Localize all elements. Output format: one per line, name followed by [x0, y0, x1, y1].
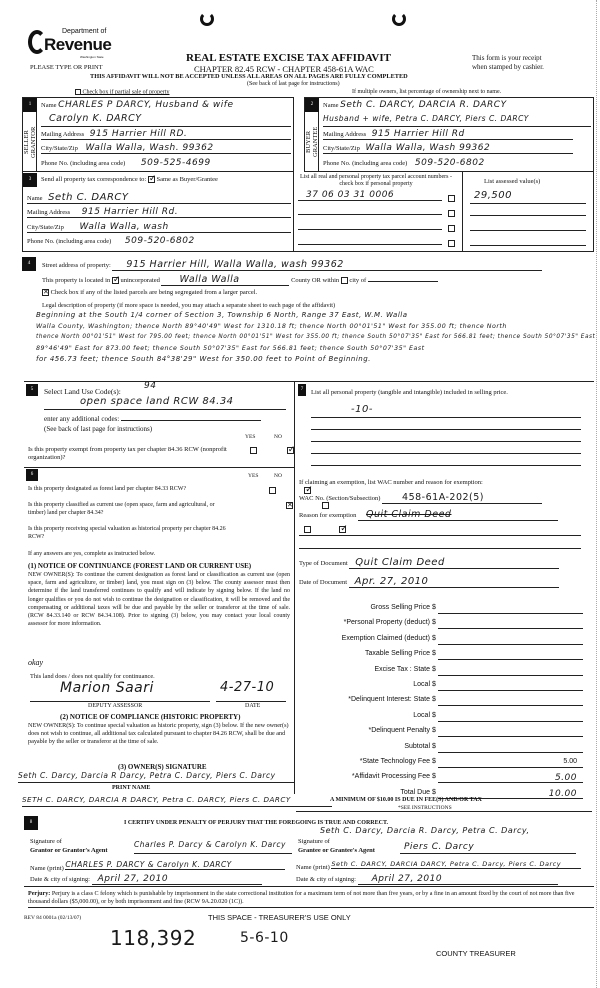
minimum-fee-note: A MINIMUM OF $10.00 IS DUE IN FEE(S) AND… [330, 797, 482, 803]
no-header: NO [274, 434, 282, 440]
exempt-no-checkbox[interactable] [287, 447, 294, 454]
assessed-value[interactable] [470, 206, 586, 216]
grantee-signature-top[interactable]: Seth C. Darcy, Darcia R. Darcy, Petra C.… [320, 826, 530, 835]
yes-header: YES [248, 473, 258, 479]
corr-phone-field[interactable]: Phone No. (including area code) 509-520-… [27, 236, 291, 246]
parcel-row[interactable] [298, 235, 458, 247]
dollar-sign: $ [432, 681, 436, 688]
grantor-name-row: Name (print) CHARLES P. DARCY & Carolyn … [30, 860, 285, 872]
city-of-label: city of [349, 277, 366, 284]
buyer-grantee-label: BUYER GRANTEE [305, 118, 319, 166]
fee-value[interactable] [438, 650, 583, 660]
buyer-name-value: Seth C. DARCY, DARCIA R. DARCY [340, 100, 506, 110]
personal-property-checkbox[interactable] [448, 225, 455, 232]
corr-phone-value: 509-520-6802 [113, 236, 195, 246]
corr-address-field[interactable]: Mailing Address 915 Harrier Hill Rd. [27, 207, 291, 218]
legal-line: 89°46'49" East for 873.00 feet; thence S… [36, 343, 596, 354]
fee-label: Exemption Claimed (deduct) [342, 635, 430, 642]
section-number: 4 [22, 257, 36, 271]
additional-codes-row: enter any additional codes: [44, 413, 261, 423]
logo-sub: Washington State [80, 55, 104, 59]
additional-codes-label: enter any additional codes: [44, 415, 119, 423]
corr-city-label: City/State/Zip [27, 224, 64, 231]
reason-line-3[interactable] [299, 543, 581, 549]
buyer-section: 2 BUYER GRANTEE Name Seth C. DARCY, DARC… [304, 97, 594, 172]
fee-value[interactable] [438, 604, 583, 614]
seller-city-value: Walla Walla, Wash. 99362 [79, 143, 213, 153]
punch-hole [392, 12, 406, 26]
fee-label: Excise Tax : State [374, 666, 430, 673]
land-use-description[interactable]: open space land RCW 84.34 [44, 396, 286, 410]
parcel-number[interactable] [298, 235, 442, 245]
receipt-date: 5-6-10 [240, 930, 289, 946]
personal-property-checkbox[interactable] [448, 240, 455, 247]
fee-value[interactable] [438, 681, 583, 691]
owner-signature[interactable]: Seth C. Darcy, Darcia R Darcy, Petra C. … [18, 771, 294, 783]
partial-sale-checkbox[interactable] [75, 89, 81, 95]
fee-note-rule [296, 806, 592, 812]
fee-label: *Delinquent Interest: State [348, 696, 430, 703]
compliance-title: (2) NOTICE OF COMPLIANCE (HISTORIC PROPE… [60, 713, 240, 721]
personal-property-line[interactable] [311, 436, 581, 442]
instructions-note: (See back of last page for instructions) [247, 81, 340, 87]
perjury-rule [24, 886, 594, 887]
assessor-date[interactable]: 4-27-10 [216, 680, 286, 702]
doc-type-value[interactable]: Quit Claim Deed [349, 557, 559, 569]
unincorporated-checkbox[interactable] [112, 277, 119, 284]
compliance-text: NEW OWNER(S): To continue special valuat… [28, 722, 290, 747]
buyer-address-label: Mailing Address [323, 131, 366, 138]
personal-property-line[interactable] [311, 448, 581, 454]
okay-note: okay [28, 658, 43, 667]
legal-line: for 456.73 feet; thence South 84°38'29" … [36, 354, 596, 365]
grantee-date-row: Date & city of signing: April 27, 2010 [296, 874, 558, 885]
parcels-divider [462, 172, 463, 252]
multiple-owners-note: If multiple owners, list percentage of o… [352, 89, 501, 95]
personal-property-checkbox[interactable] [448, 195, 455, 202]
assessed-value[interactable]: 29,500 [470, 190, 586, 204]
dollar-sign: $ [432, 696, 436, 703]
section-number: 1 [23, 98, 37, 112]
segregated-label: Check box if any of the listed parcels a… [51, 289, 258, 296]
continuance-title: (1) NOTICE OF CONTINUANCE (FOREST LAND O… [28, 562, 251, 570]
date-label: DATE [245, 703, 260, 709]
grantor-signature[interactable]: Charles P. Darcy & Carolyn K. Darcy [134, 840, 292, 854]
grantee-name-row: Name (print) Seth C. DARCY, DARCIA DARCY… [296, 860, 581, 871]
fee-label: *State Technology Fee [360, 758, 430, 765]
dollar-sign: $ [432, 666, 436, 673]
see-back-note: (See back of last page for instructions) [44, 425, 152, 433]
fee-label: Subtotal [404, 743, 430, 750]
buyer-phone-field[interactable]: Phone No. (including area code) 509-520-… [323, 158, 573, 168]
county-or-label: County OR within [291, 277, 339, 284]
exempt-yes-checkbox[interactable] [250, 447, 257, 454]
fee-row: Taxable Selling Price$ [300, 650, 590, 662]
segregated-checkbox[interactable] [42, 289, 49, 296]
doc-type-label: Type of Document [299, 560, 348, 567]
corr-address-value: 915 Harrier Hill Rd. [72, 207, 178, 217]
street-address-field[interactable]: Street address of property: 915 Harrier … [42, 259, 592, 271]
grantor-date-row: Date & city of signing: April 27, 2010 [30, 874, 262, 885]
fee-label: *Affidavit Processing Fee [352, 773, 430, 780]
legal-line: thence North 00°01'51" West for 795.00 f… [36, 332, 596, 343]
land-use-label: Select Land Use Code(s): [44, 387, 121, 396]
fee-label: Gross Selling Price [370, 604, 430, 611]
receipt-note: This form is your receipt [472, 54, 542, 62]
buyer-name-label: Name [323, 102, 339, 109]
doc-date-value[interactable]: Apr. 27, 2010 [349, 576, 559, 588]
section-number: 8 [24, 816, 38, 830]
wac-value[interactable]: 458-61A-202(5) [382, 492, 542, 504]
personal-property-line[interactable] [311, 460, 581, 466]
fee-label: Local [413, 681, 430, 688]
dollar-sign: $ [432, 789, 436, 796]
page-edge [596, 0, 597, 988]
personal-property-checkbox[interactable] [448, 210, 455, 217]
grantee-name-label: Name (print) [296, 864, 330, 871]
section-6-rule [24, 467, 294, 468]
dollar-sign: $ [432, 743, 436, 750]
print-name-label: PRINT NAME [112, 785, 150, 791]
fee-label: Total Due [400, 789, 430, 796]
fee-row: Local$ [300, 712, 590, 724]
personal-property-label: List all personal property (tangible and… [311, 387, 591, 398]
corr-city-value: Walla Walla, wash [65, 222, 168, 232]
dollar-sign: $ [432, 619, 436, 626]
seller-grantor-label: SELLER GRANTOR [23, 118, 37, 166]
treasurer-use-label: THIS SPACE - TREASURER'S USE ONLY [208, 913, 351, 922]
fee-value[interactable] [438, 666, 583, 676]
doc-type-row: Type of Document Quit Claim Deed [299, 557, 559, 569]
correspondence-same-as[interactable]: Send all property tax correspondence to:… [41, 176, 218, 183]
grantor-name-value[interactable]: CHARLES P. DARCY & Carolyn K. DARCY [65, 860, 285, 870]
corr-address-label: Mailing Address [27, 209, 70, 216]
grantor-name-label: Name (print) [30, 865, 64, 872]
parcels-section: List all real and personal property tax … [294, 172, 594, 252]
assessor-signature[interactable]: Marion Saari [30, 680, 210, 702]
dollar-sign: $ [432, 712, 436, 719]
parcel-number[interactable] [298, 220, 442, 230]
dollar-sign: $ [432, 727, 436, 734]
location-row: This property is located in unincorporat… [42, 274, 592, 286]
fee-row: *Delinquent Penalty$ [300, 727, 590, 739]
yes-header: YES [245, 434, 255, 440]
seller-name2-field[interactable]: Carolyn K. DARCY [41, 113, 291, 127]
corr-name-field[interactable]: Name Seth C. DARCY [27, 192, 291, 204]
located-in-label: This property is located in [42, 277, 110, 284]
seller-city-field[interactable]: City/State/Zip Walla Walla, Wash. 99362 [41, 143, 291, 154]
partial-sale-label: Check box if partial sale of property [83, 89, 170, 95]
fee-value[interactable]: 5.00 [438, 773, 583, 783]
fee-row: Gross Selling Price$ [300, 604, 590, 616]
legal-description-label: Legal description of property (if more s… [42, 302, 335, 309]
seller-section: 1 SELLER GRANTOR Name CHARLES P DARCY, H… [22, 97, 294, 172]
seller-address-field[interactable]: Mailing Address 915 Harrier Hill RD. [41, 129, 291, 140]
correspondence-section: 3 Send all property tax correspondence t… [22, 172, 294, 252]
county-value[interactable]: Walla Walla [161, 274, 289, 286]
owner-print-name[interactable]: SETH C. DARCY, DARCIA R DARCY, Petra C. … [22, 795, 332, 807]
city-of-field[interactable] [368, 274, 438, 282]
grantee-date-label: Date & city of signing: [296, 876, 356, 883]
buyer-phone-value: 509-520-6802 [409, 158, 485, 168]
wac-label: WAC No. (Section/Subsection) [299, 495, 380, 502]
buyer-city-field[interactable]: City/State/Zip Walla Walla, Wash 99362 [323, 143, 573, 154]
reason-row: Reason for exemption Quit Claim Deed [299, 509, 558, 521]
fee-label: Local [413, 712, 430, 719]
grantor-sig-label-2: Grantor or Grantor's Agent [30, 847, 108, 854]
dollar-sign: $ [432, 758, 436, 765]
additional-codes-field[interactable] [121, 413, 261, 421]
section-number: 6 [26, 469, 38, 481]
section-top-rule [24, 381, 594, 382]
correspondence-label: Send all property tax correspondence to: [41, 176, 146, 183]
same-as-buyer-label: Same as Buyer/Grantee [156, 176, 217, 183]
section-number: 2 [305, 98, 319, 112]
grantee-date-value[interactable]: April 27, 2010 [358, 874, 558, 885]
assessed-value[interactable] [470, 221, 586, 231]
county-treasurer-label: COUNTY TREASURER [436, 949, 516, 958]
form-revision: REV 84 0001a (02/13/07) [24, 915, 81, 921]
corr-city-field[interactable]: City/State/Zip Walla Walla, wash [27, 222, 291, 233]
forest-yes-checkbox[interactable] [269, 487, 276, 494]
fee-row: *Personal Property (deduct)$ [300, 619, 590, 631]
logo-main: Revenue [44, 35, 111, 55]
land-use-code[interactable]: 94 [144, 381, 156, 391]
dollar-sign: $ [432, 773, 436, 780]
owner-signature-title: (3) OWNER(S) SIGNATURE [118, 763, 207, 771]
current-use-yes-checkbox[interactable] [286, 502, 293, 509]
fee-row: Excise Tax : State$ [300, 666, 590, 678]
parcel-number[interactable]: 37 06 03 31 0006 [298, 190, 442, 201]
exempt-question: Is this property exempt from property ta… [28, 446, 228, 462]
seller-name-label: Name [41, 102, 57, 109]
reason-value[interactable]: Quit Claim Deed [358, 509, 558, 521]
seller-phone-value: 509-525-4699 [127, 158, 211, 168]
seller-name-value: CHARLES P DARCY, Husband & wife [58, 100, 233, 110]
seller-address-value: 915 Harrier Hill RD. [86, 129, 188, 139]
reason-label: Reason for exemption [299, 512, 356, 519]
buyer-city-label: City/State/Zip [323, 145, 360, 152]
no-header: NO [274, 473, 282, 479]
buyer-phone-label: Phone No. (including area code) [323, 160, 407, 167]
receipt-number: 118,392 [110, 926, 196, 950]
personal-property-line[interactable] [311, 424, 581, 430]
current-use-question: Is this property classified as current u… [28, 501, 233, 517]
city-checkbox[interactable] [341, 277, 348, 284]
seller-name-field[interactable]: Name CHARLES P DARCY, Husband & wife [41, 100, 291, 110]
section-number: 7 [298, 384, 306, 396]
form-title: REAL ESTATE EXCISE TAX AFFIDAVIT [186, 52, 391, 64]
section-number: 3 [23, 173, 37, 187]
same-as-buyer-checkbox[interactable] [148, 176, 155, 183]
seller-city-label: City/State/Zip [41, 145, 78, 152]
fee-row: Local$ [300, 681, 590, 693]
buyer-address-field[interactable]: Mailing Address 915 Harrier Hill Rd [323, 129, 573, 140]
street-address-label: Street address of property: [42, 262, 111, 269]
dollar-sign: $ [432, 635, 436, 642]
segregated-row[interactable]: Check box if any of the listed parcels a… [42, 289, 257, 296]
forest-land-question: Is this property designated as forest la… [28, 486, 243, 492]
street-address-value: 915 Harrier Hill, Walla Walla, wash 9936… [112, 259, 542, 271]
parcel-number[interactable] [298, 205, 442, 215]
reason-line-2[interactable] [299, 530, 581, 536]
doc-date-label: Date of Document [299, 579, 347, 586]
parcels-header: List all real and personal property tax … [296, 174, 456, 188]
assessed-value[interactable] [470, 236, 586, 246]
wac-row: WAC No. (Section/Subsection) 458-61A-202… [299, 492, 542, 504]
fee-label: Taxable Selling Price [365, 650, 430, 657]
parcel-row[interactable]: 37 06 03 31 0006 [298, 190, 458, 202]
dollar-sign: $ [432, 650, 436, 657]
grantee-sig-label-2: Grantee or Grantee's Agent [298, 847, 375, 854]
dollar-sign: $ [432, 604, 436, 611]
corr-name-label: Name [27, 195, 43, 202]
logo-dept: Department of [62, 28, 106, 35]
deputy-assessor-label: DEPUTY ASSESSOR [88, 703, 142, 709]
unincorporated-label: unincorporated [120, 277, 159, 284]
fee-value[interactable] [438, 712, 583, 722]
fee-label: *Delinquent Penalty [369, 727, 431, 734]
grantee-name-value[interactable]: Seth C. DARCY, DARCIA DARCY, Petra C. Da… [331, 860, 581, 869]
fee-row: Exemption Claimed (deduct)$ [300, 635, 590, 647]
section-number: 5 [26, 384, 38, 396]
seller-phone-label: Phone No. (including area code) [41, 160, 125, 167]
seller-phone-field[interactable]: Phone No. (including area code) 509-525-… [41, 158, 291, 168]
qualify-text: This land does / does not qualify for co… [30, 673, 155, 680]
punch-hole [200, 12, 214, 26]
continuance-text: NEW OWNER(S): To continue the current de… [28, 571, 290, 628]
fee-value[interactable] [438, 743, 583, 753]
legal-line: Beginning at the South 1/4 corner of Sec… [36, 310, 596, 321]
corr-name-value: Seth C. DARCY [44, 192, 128, 203]
fee-value[interactable] [438, 727, 583, 737]
fee-row: Subtotal$ [300, 743, 590, 755]
grantee-sig-label: Signature of [298, 838, 330, 845]
corr-phone-label: Phone No. (including area code) [27, 238, 111, 245]
exemption-label: If claiming an exemption, list WAC numbe… [299, 479, 483, 486]
legal-line: Walla County, Washington; thence North 8… [36, 321, 596, 332]
grantee-signature[interactable]: Piers C. Darcy [400, 842, 576, 854]
perjury-body: Perjury is a class C felony which is pun… [28, 891, 574, 905]
receipt-note-2: when stamped by cashier. [472, 63, 544, 71]
parcel-row[interactable] [298, 220, 458, 232]
historic-question: Is this property receiving special valua… [28, 525, 233, 541]
revenue-logo: Department of Revenue Washington State [28, 28, 118, 64]
buyer-name-field[interactable]: Name Seth C. DARCY, DARCIA R. DARCY [323, 100, 591, 110]
fee-value[interactable] [438, 619, 583, 629]
fee-value[interactable]: 5.00 [438, 758, 583, 768]
assessed-header: List assessed value(s) [484, 178, 540, 185]
fee-row: *State Technology Fee$5.00 [300, 758, 590, 770]
fee-row: *Delinquent Interest: State$ [300, 696, 590, 708]
perjury-text: Perjury: Perjury is a class C felony whi… [28, 890, 594, 908]
personal-property-value[interactable]: -10- [311, 404, 581, 418]
legal-description[interactable]: Beginning at the South 1/4 corner of Sec… [36, 310, 596, 365]
buyer-city-value: Walla Walla, Wash 99362 [361, 143, 490, 153]
perjury-label: Perjury: [28, 891, 50, 897]
fee-label: *Personal Property (deduct) [344, 619, 430, 626]
parcel-row[interactable] [298, 205, 458, 217]
please-type-note: PLEASE TYPE OR PRINT [30, 64, 103, 71]
warning-text: THIS AFFIDAVIT WILL NOT BE ACCEPTED UNLE… [90, 73, 408, 80]
buyer-address-value: 915 Harrier Hill Rd [368, 129, 465, 139]
buyer-name2-field[interactable]: Husband + wife, Petra C. DARCY, Piers C.… [323, 114, 591, 127]
if-yes-note: If any answers are yes, complete as inst… [28, 551, 155, 557]
doc-date-row: Date of Document Apr. 27, 2010 [299, 576, 559, 588]
grantor-date-value[interactable]: April 27, 2010 [92, 874, 262, 885]
partial-sale[interactable]: Check box if partial sale of property [75, 89, 169, 95]
fee-value[interactable] [438, 635, 583, 645]
fee-value[interactable] [438, 696, 583, 706]
fee-row: *Affidavit Processing Fee$5.00 [300, 773, 590, 785]
grantor-date-label: Date & city of signing: [30, 876, 90, 883]
seller-address-label: Mailing Address [41, 131, 84, 138]
grantor-sig-label: Signature of [30, 838, 62, 845]
